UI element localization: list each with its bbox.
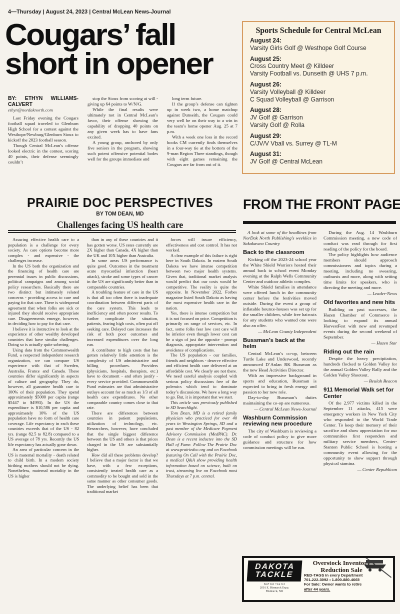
paragraph: forces will insure efficiency, effective… (166, 237, 237, 253)
prairie-doc-byline: BY TOM DEAN, MD (60, 211, 180, 217)
brief-attribution: — Beulah Beacon (324, 379, 398, 385)
front-pages-section-title: FROM THE FRONT PAGES (243, 197, 400, 212)
paragraph: A young group, anchored by only five sen… (88, 140, 159, 162)
schedule-entry: August 24: Varsity Girls Golf @ Westhope… (250, 37, 389, 52)
boat-trailer-icon (363, 559, 389, 572)
brief-heading: Back to the classroom (243, 250, 317, 256)
ad-address-line: Bismarck, ND (248, 590, 302, 594)
paragraph: Though Central McLean’s offense looked e… (8, 143, 79, 165)
front-pages-intro: A look at some of the headlines from Nor… (243, 230, 317, 247)
schedule-event: Varsity Football vs. Dunseith @ UHS 7 p.… (250, 70, 389, 77)
schedule-event: Varsity Girls Golf @ Westhope Golf Cours… (250, 44, 389, 51)
brief-heading: Bussman’s back at the helm (243, 337, 317, 350)
thick-rule-divider (243, 221, 396, 224)
paragraph: stop the Sioux from scoring at will - gi… (88, 96, 159, 107)
schedule-date: August 26: (250, 81, 389, 88)
author-bio: Tom Dean, MD is a retired family physici… (166, 410, 237, 478)
brief-heading: Washburn Commission reviewing new proced… (243, 415, 317, 428)
prairie-doc-article-title: Challenges facing US health care (0, 220, 240, 230)
paragraph: In some areas US performance is quite go… (87, 258, 158, 290)
front-pages-col-2: During the Aug. 14 Washburn Commission m… (324, 230, 398, 474)
prairie-doc-col-3: forces will insure efficiency, effective… (166, 237, 237, 494)
double-rule-divider (8, 230, 236, 233)
paragraph: There are differences between countries … (87, 410, 158, 452)
schedule-date: August 31: (250, 151, 389, 158)
brief-heading: 911 Memorial Walk set for Center (324, 387, 398, 400)
paragraph: If the group’s defense can tighten up in… (167, 102, 238, 135)
paragraph: Assuring effective health care to a popu… (8, 237, 79, 263)
paragraph: This article was previously published in… (166, 400, 237, 411)
schedule-event: Cross Country Meet @ Killdeer (250, 63, 389, 70)
paragraph: Day-to-day Bussman’s duties maintaining … (243, 395, 317, 406)
paragraph: White Shield families in attendance were… (243, 284, 317, 328)
schedule-event: JV Golf @ Garrison (250, 114, 389, 121)
paragraph: than in any of these countries and it ha… (87, 237, 158, 258)
brief-attribution: — Leader-News (324, 291, 398, 297)
lead-headline: Cougars’ fall short in opener (5, 20, 243, 79)
schedule-entry: August 25: Cross Country Meet @ Killdeer… (250, 55, 389, 77)
paragraph: In the US both the organization and the … (8, 263, 79, 326)
schedule-event: JV Golf @ Central McLean (250, 158, 389, 165)
paragraph: How did all these problems develop? I be… (87, 452, 158, 494)
sports-schedule-title: Sports Schedule for Central McLean (250, 26, 387, 35)
ad-address: M-F 9-6 • Sat 9-5 2001 E. Bismarck Expy,… (248, 583, 302, 594)
dakota-tackle-logo: DAKOTA TACKLE (247, 561, 302, 582)
brief-attribution: — McLean County Independent (243, 329, 317, 335)
paragraph: While the final results were ultimately … (88, 107, 159, 140)
schedule-date: August 28: (250, 107, 389, 114)
paragraph: During the Aug. 14 Washburn Commission m… (324, 230, 398, 252)
schedule-event: Varsity Volleyball @ Killdeer (250, 88, 389, 95)
brief-attribution: — Center Republican (324, 467, 398, 473)
prairie-doc-col-1: Assuring effective health care to a popu… (8, 237, 79, 494)
schedule-date: August 25: (250, 55, 389, 62)
brief-attribution: — Central McLean News-Journal (243, 406, 317, 412)
paragraph: A contributor to high costs that has got… (87, 347, 158, 410)
paragraph: The policy highlights how audience membe… (324, 252, 398, 291)
brief-heading: Old favorites and new hits (324, 300, 398, 306)
paragraph: Central McLean’s co-op, between Turtle L… (243, 351, 317, 373)
prairie-doc-header: PRAIRIE DOC PERSPECTIVES BY TOM DEAN, MD… (0, 196, 240, 230)
newspaper-page: 4—Thursday | August 24, 2023 | Central M… (0, 0, 400, 614)
schedule-entry: August 28: JV Golf @ Garrison Varsity Go… (250, 107, 389, 129)
paragraph: The city of Washburn is reviewing a code… (243, 428, 317, 450)
paragraph: Building on past successes, the Hazen Ch… (324, 307, 398, 340)
dakota-tackle-ad: DAKOTA TACKLE M-F 9-6 • Sat 9-5 2001 E. … (242, 556, 395, 602)
schedule-entry: August 31: JV Golf @ Central McLean (250, 151, 389, 166)
lead-article-col-1: BY: ETHYN WILLIAMS-CALVERT ethyn@nordakn… (8, 96, 79, 168)
sports-schedule-box: Sports Schedule for Central McLean Augus… (242, 21, 395, 174)
sports-schedule-entries: August 24: Varsity Girls Golf @ Westhope… (250, 37, 389, 169)
paragraph: Using data from the Commonwealth Fund, a… (8, 347, 79, 447)
schedule-date: August 24: (250, 37, 389, 44)
paragraph: I believe it is instructive to look at t… (8, 326, 79, 347)
paragraph: A troubling feature of care in the US is… (87, 290, 158, 348)
paragraph: Kicking off the 2023-24 school year the … (243, 257, 317, 285)
schedule-entry: August 26: Varsity Volleyball @ Killdeer… (250, 81, 389, 103)
paragraph: A clear example of this failure is right… (166, 253, 237, 311)
prairie-doc-col-2: than in any of these countries and it ha… (87, 237, 158, 494)
schedule-date: August 29: (250, 132, 389, 139)
paragraph: With an impressive background in sports … (243, 373, 317, 395)
folio-line: 4—Thursday | August 24, 2023 | Central M… (8, 9, 128, 15)
lead-byline-email: ethyn@nordaknorth.com (8, 108, 79, 114)
prairie-doc-section-title: PRAIRIE DOC PERSPECTIVES (0, 196, 240, 210)
paragraph: An area of particular concern in the US … (8, 447, 79, 479)
paragraph: Last Friday evening the Cougars football… (8, 116, 79, 144)
lead-article-col-2: stop the Sioux from scoring at will - gi… (88, 96, 159, 168)
brief-heading: Riding out the rain (324, 349, 398, 355)
schedule-event: Varsity Golf @ Rolla (250, 121, 389, 128)
schedule-event: C Squad Volleyball @ Garrison (250, 96, 389, 103)
schedule-entry: August 29: C/JV/V Vball vs. Surrey @ TL-… (250, 132, 389, 147)
front-pages-body: A look at some of the headlines from Nor… (243, 230, 397, 552)
front-pages-col-1: A look at some of the headlines from Nor… (243, 230, 317, 474)
ad-forsale-line2: after 44 years. (304, 587, 379, 592)
paragraph: Yes, there is intense competition but it… (166, 311, 237, 353)
prairie-doc-body: Assuring effective health care to a popu… (8, 237, 237, 597)
paragraph: Despite the heavy precipitation, hundred… (324, 356, 398, 378)
schedule-event: C/JV/V Vball vs. Surrey @ TL-M (250, 140, 389, 147)
logo-text-tackle: TACKLE (255, 571, 293, 579)
brief-attribution: — Hazen Star (324, 340, 398, 346)
paragraph: With a week one loss in the record books… (167, 135, 238, 168)
paragraph: Of the 2,977 victims killed in the Septe… (324, 401, 398, 467)
lead-byline: BY: ETHYN WILLIAMS-CALVERT (8, 96, 79, 108)
lead-article-body: BY: ETHYN WILLIAMS-CALVERT ethyn@nordakn… (8, 96, 238, 182)
lead-article-col-3: long term future. If the group’s defense… (167, 96, 238, 168)
paragraph: The US population - our families, friend… (166, 353, 237, 400)
